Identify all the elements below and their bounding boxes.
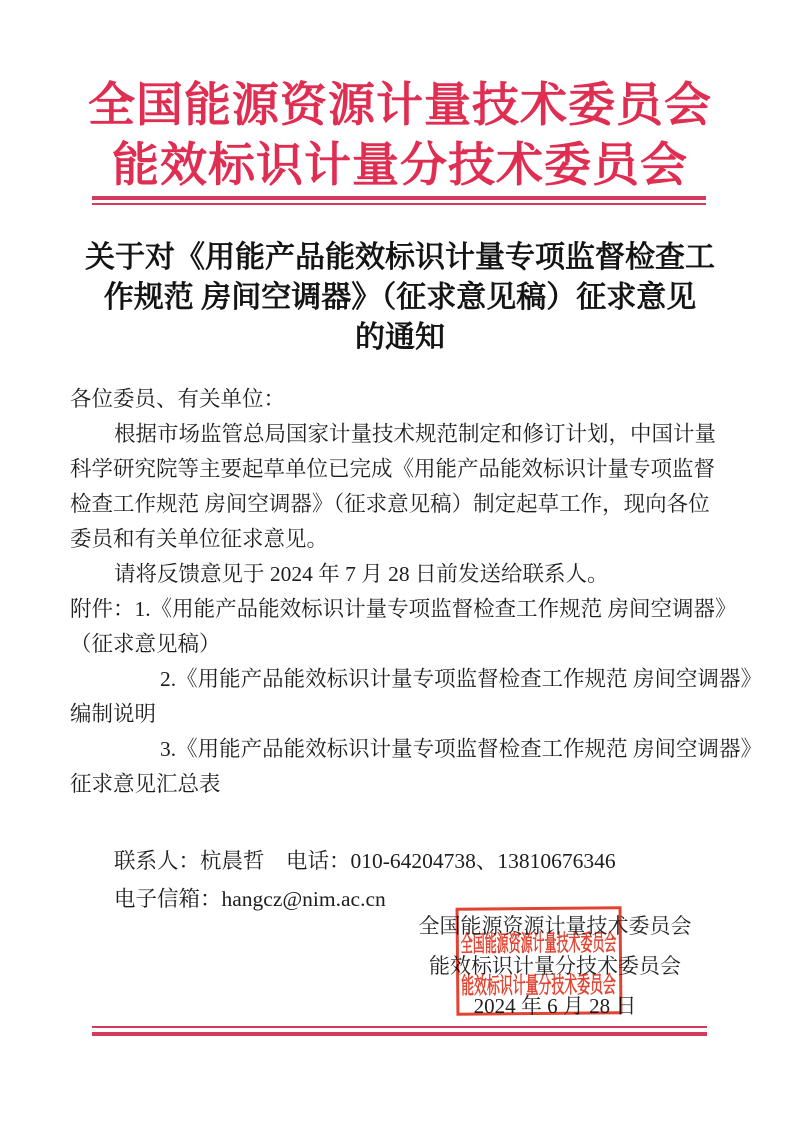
attachment-line-2: 2.《用能产品能效标识计量专项监督检查工作规范 房间空调器》 <box>70 662 740 697</box>
attachment-line-3: 3.《用能产品能效标识计量专项监督检查工作规范 房间空调器》 <box>70 732 740 767</box>
salutation-line: 各位委员、有关单位： <box>70 382 740 417</box>
deadline-line: 请将反馈意见于 2024 年 7 月 28 日前发送给联系人。 <box>70 557 740 592</box>
contact-person-phone-line: 联系人：杭晨哲 电话：010-64204738、13810676346 <box>70 842 740 880</box>
seal-text-line-1: 全国能源资源计量技术委员会 <box>461 931 617 955</box>
attachment-line-1: 附件：1.《用能产品能效标识计量专项监督检查工作规范 房间空调器》 <box>70 592 740 627</box>
footer-rule <box>92 1026 707 1036</box>
notice-title-line-3: 的通知 <box>0 318 800 358</box>
official-seal: 全国能源资源计量技术委员会 能效标识计量分技术委员会 <box>456 906 623 1015</box>
letterhead-line-1: 全国能源资源计量技术委员会 <box>0 76 800 136</box>
attachment-line-1-cont: （征求意见稿） <box>70 627 740 662</box>
notice-title-line-2: 作规范 房间空调器》（征求意见稿）征求意见 <box>0 278 800 318</box>
paragraph-line: 检查工作规范 房间空调器》（征求意见稿）制定起草工作，现向各位 <box>70 487 740 522</box>
paragraph-line: 科学研究院等主要起草单位已完成《用能产品能效标识计量专项监督 <box>70 452 740 487</box>
letterhead-divider-rule <box>92 196 706 205</box>
letterhead: 全国能源资源计量技术委员会 能效标识计量分技术委员会 <box>0 76 800 196</box>
notice-body: 各位委员、有关单位： 根据市场监管总局国家计量技术规范制定和修订计划，中国计量 … <box>70 382 740 802</box>
document-page: 全国能源资源计量技术委员会 能效标识计量分技术委员会 关于对《用能产品能效标识计… <box>0 0 800 1131</box>
paragraph-line: 根据市场监管总局国家计量技术规范制定和修订计划，中国计量 <box>70 417 740 452</box>
attachment-line-3-cont: 征求意见汇总表 <box>70 767 740 802</box>
notice-title: 关于对《用能产品能效标识计量专项监督检查工 作规范 房间空调器》（征求意见稿）征… <box>0 238 800 358</box>
notice-title-line-1: 关于对《用能产品能效标识计量专项监督检查工 <box>0 238 800 278</box>
letterhead-line-2: 能效标识计量分技术委员会 <box>0 136 800 196</box>
paragraph-line: 委员和有关单位征求意见。 <box>70 522 740 557</box>
seal-text-line-2: 能效标识计量分技术委员会 <box>461 973 616 997</box>
attachment-line-2-cont: 编制说明 <box>70 697 740 732</box>
